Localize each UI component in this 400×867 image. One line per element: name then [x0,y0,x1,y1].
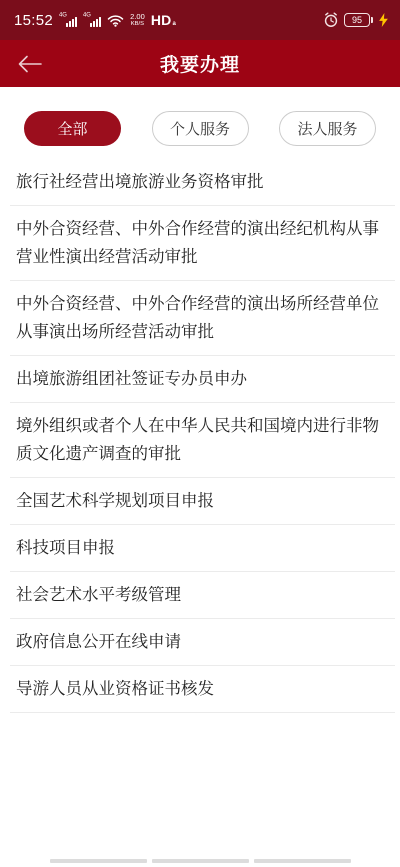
app-header: 我要办理 [0,40,400,87]
list-item[interactable]: 导游人员从业资格证书核发 [10,666,395,713]
list-item[interactable]: 政府信息公开在线申请 [10,619,395,666]
list-item[interactable]: 社会艺术水平考级管理 [10,572,395,619]
list-item[interactable]: 出境旅游组团社签证专办员申办 [10,356,395,403]
filter-pill-2[interactable]: 法人服务 [279,111,376,146]
charging-bolt-icon [379,13,388,27]
back-arrow-icon [18,55,42,73]
app-screen: 15:52 4G 4G 2.00 KB/S HD a [0,0,400,867]
navigation-hint-bar [0,859,400,863]
status-bar: 15:52 4G 4G 2.00 KB/S HD a [0,0,400,40]
volte-hd-icon: HD a [151,12,176,28]
page-title: 我要办理 [0,50,400,77]
nav-hint-segment[interactable] [254,859,351,863]
status-bar-left: 15:52 4G 4G 2.00 KB/S HD a [14,12,323,29]
list-item[interactable]: 科技项目申报 [10,525,395,572]
filter-pill-0[interactable]: 全部 [24,111,121,146]
back-button[interactable] [12,40,48,87]
network-speed: 2.00 KB/S [130,13,145,27]
service-list: 旅行社经营出境旅游业务资格审批中外合资经营、中外合作经营的演出经纪机构从事营业性… [0,159,400,713]
filter-row: 全部个人服务法人服务 [0,87,400,146]
list-item[interactable]: 旅行社经营出境旅游业务资格审批 [10,159,395,206]
wifi-icon [107,13,124,27]
clock-time: 15:52 [14,12,53,29]
filter-pill-1[interactable]: 个人服务 [152,111,249,146]
alarm-clock-icon [323,12,339,28]
status-bar-right: 95 [323,12,388,28]
battery-indicator: 95 [344,13,370,27]
list-item[interactable]: 中外合资经营、中外合作经营的演出场所经营单位从事演出场所经营活动审批 [10,281,395,356]
nav-hint-segment[interactable] [50,859,147,863]
sim2-signal-icon: 4G [83,13,101,28]
sim1-signal-icon: 4G [59,13,77,28]
list-item[interactable]: 中外合资经营、中外合作经营的演出经纪机构从事营业性演出经营活动审批 [10,206,395,281]
nav-hint-segment[interactable] [152,859,249,863]
list-item[interactable]: 境外组织或者个人在中华人民共和国境内进行非物质文化遗产调查的审批 [10,403,395,478]
list-item[interactable]: 全国艺术科学规划项目申报 [10,478,395,525]
